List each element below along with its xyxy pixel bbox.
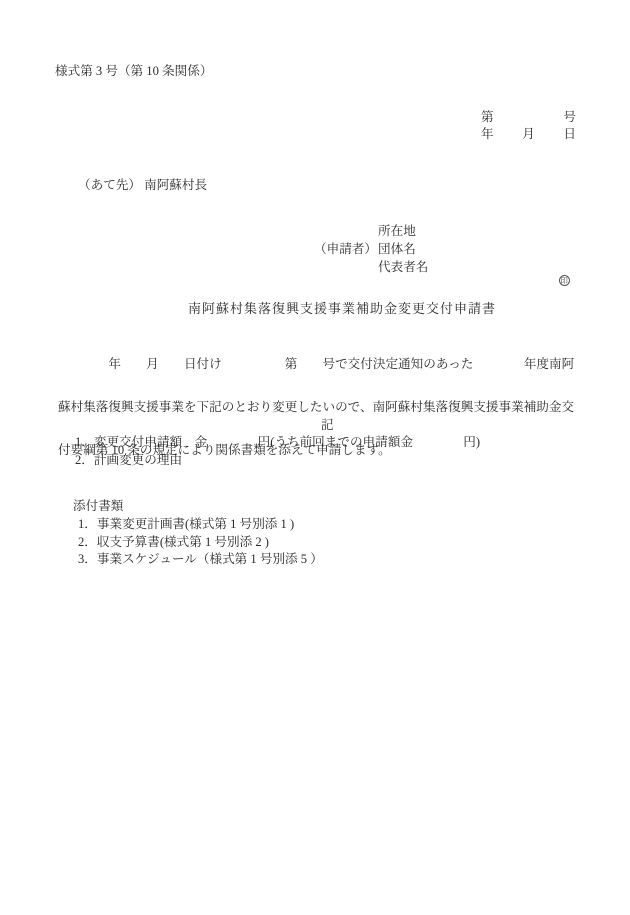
doc-number-prefix: 第 [481, 111, 494, 124]
ki-item-reason: 2．計画変更の理由 [75, 454, 182, 467]
date-line: 年 月 日 [481, 128, 576, 141]
inkan-seal-icon: 印 [559, 275, 570, 286]
body-line: 蘇村集落復興支援事業を下記のとおり変更したいので、南阿蘇村集落復興支援事業補助金… [58, 399, 586, 417]
form-number: 様式第 3 号（第 10 条関係） [55, 65, 212, 78]
attachment-item: 2．収支予算書(様式第 1 号別添 2 ) [78, 536, 269, 549]
date-year-label: 年 [481, 128, 494, 141]
ki-heading: 記 [321, 419, 334, 432]
applicant-org-label: 団体名 [378, 243, 416, 256]
body-line: 年 月 日付け 第 号で交付決定通知のあった 年度南阿 [58, 356, 586, 374]
applicant-label: （申請者） [314, 243, 377, 256]
attachments-heading: 添付書類 [73, 500, 123, 513]
applicant-address-label: 所在地 [378, 225, 416, 238]
doc-number-line: 第 号 [481, 111, 576, 124]
seal-area: 印 [546, 260, 570, 298]
addressee: （あて先） 南阿蘇村長 [78, 179, 207, 192]
ki-item-amount: 1．変更交付申請額 金 円(うち前回までの申請額金 円) [75, 436, 480, 449]
date-day-label: 日 [563, 128, 576, 141]
document-page: 様式第 3 号（第 10 条関係） 第 号 年 月 日 （あて先） 南阿蘇村長 … [0, 0, 630, 915]
doc-number-suffix: 号 [563, 111, 576, 124]
applicant-representative-label: 代表者名 [378, 261, 428, 274]
date-month-label: 月 [522, 128, 535, 141]
document-title: 南阿蘇村集落復興支援事業補助金変更交付申請書 [188, 302, 496, 315]
attachment-item: 1．事業変更計画書(様式第 1 号別添 1 ) [78, 518, 294, 531]
attachment-item: 3．事業スケジュール（様式第 1 号別添 5 ） [78, 553, 323, 566]
